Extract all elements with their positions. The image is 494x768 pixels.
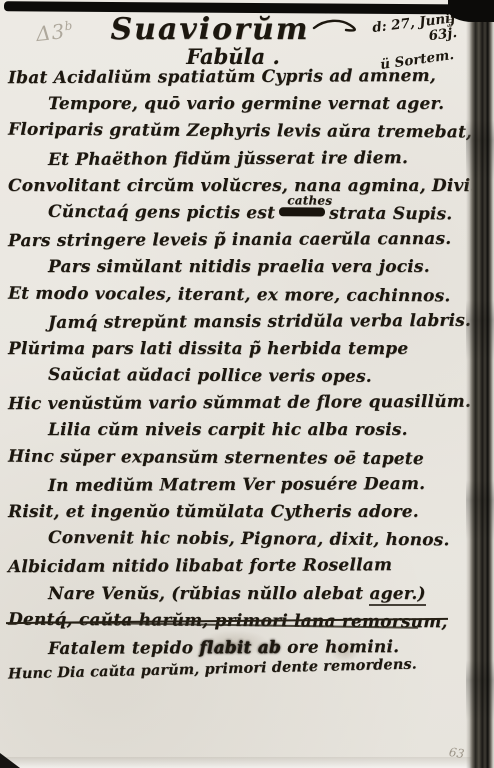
poem-line: Floriparis gratŭm Zephyris levis aŭra tr… bbox=[8, 117, 458, 147]
date-annotation: d: 27, Junij 63j. bbox=[371, 11, 457, 51]
poem: Ibat Acidaliŭm spatiatŭm Cypris ad amnem… bbox=[8, 64, 458, 682]
poem-line-underlined: Nare Venŭs, (rŭbias nŭllo alebat ager.) bbox=[8, 581, 458, 608]
line-text: Cŭnctaq́ gens pictis est bbox=[48, 202, 275, 223]
poem-line-struck-through: Dentq́, caŭta harŭm, primori lana remors… bbox=[8, 606, 458, 636]
poem-line: Risit, et ingenŭo tŭmŭlata Cytheris ador… bbox=[8, 499, 458, 526]
folio-mark: Δ3b bbox=[35, 18, 75, 46]
correction: cathes bbox=[279, 200, 325, 227]
poem-line: Pars simŭlant nitidis praelia vera jocis… bbox=[8, 254, 458, 281]
poem-line: Hic venŭstŭm vario sŭmmat de flore quasi… bbox=[8, 389, 458, 419]
poem-line: Convenit hic nobis, Pignora, dixit, hono… bbox=[8, 525, 458, 555]
manuscript-page: Δ3b Suaviorŭm Fabŭla . 33 3 d: 27, Junij… bbox=[0, 0, 494, 768]
poem-line: Saŭciat aŭdaci pollice veris opes. bbox=[8, 362, 458, 392]
page-title: Suaviorŭm bbox=[108, 12, 358, 47]
folio-mark-sup: b bbox=[64, 18, 74, 33]
poem-line-corrected: Cŭnctaq́ gens pictis estcathesstrata Sup… bbox=[8, 199, 458, 229]
poem-line: Tempore, quō vario germine vernat ager. bbox=[8, 91, 458, 118]
poem-line: Pars stringere leveis p̃ inania caerŭla … bbox=[8, 226, 458, 256]
page-bottom-edge bbox=[0, 757, 494, 768]
poem-line: Jamq́ strepŭnt mansis stridŭla verba lab… bbox=[8, 308, 458, 338]
poem-line: Lilia cŭm niveis carpit hic alba rosis. bbox=[8, 417, 458, 444]
photo-corner-shadow bbox=[0, 753, 20, 768]
poem-line: In mediŭm Matrem Ver posuére Deam. bbox=[8, 471, 458, 501]
poem-line: Plŭrima pars lati dissita p̃ herbida tem… bbox=[8, 336, 458, 363]
poem-line: Et Phaëthon fidŭm jŭsserat ire diem. bbox=[8, 144, 458, 174]
folio-mark-text: Δ3 bbox=[35, 19, 67, 46]
title-flourish-icon bbox=[312, 17, 356, 33]
photo-top-border bbox=[4, 1, 494, 14]
poem-line: Ibat Acidaliŭm spatiatŭm Cypris ad amnem… bbox=[8, 63, 458, 93]
poem-line: Albicidam nitido libabat forte Rosellam bbox=[8, 552, 458, 582]
poem-line: Convolitant circŭm volŭcres, nana agmina… bbox=[8, 173, 458, 200]
title-block: Suaviorŭm Fabŭla . bbox=[108, 12, 358, 69]
line-text: strata Supis. bbox=[329, 204, 452, 225]
poem-line: Et modo vocales, iterant, ex more, cachi… bbox=[8, 280, 458, 310]
underlined-word: ager.) bbox=[369, 584, 425, 606]
superscript-correction: cathes bbox=[287, 187, 332, 214]
book-edge-binding bbox=[466, 0, 494, 768]
line-text: Nare Venŭs, (rŭbias nŭllo alebat bbox=[48, 584, 369, 604]
poem-line: Hinc sŭper expansŭm sternentes oē tapete bbox=[8, 443, 458, 473]
page-title-text: Suaviorŭm bbox=[110, 12, 309, 47]
